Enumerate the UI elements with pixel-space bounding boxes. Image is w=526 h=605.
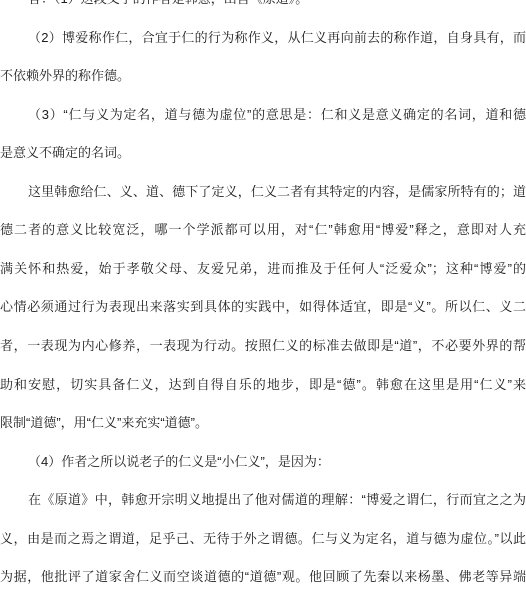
text-line: （3）“仁与义为定名，道与德为虚位”的意思是：仁和义是意义确定的名词，道和德 bbox=[0, 108, 526, 123]
document-page: 答：（1）这段文字的作者是韩愈，出自《原道》。 （2）博爱称作仁，合宜于仁的行为… bbox=[0, 0, 526, 605]
text-line: 答：（1）这段文字的作者是韩愈，出自《原道》。 bbox=[0, 0, 526, 7]
text-line: 者，一表现为内心修养，一表现为行动。按照仁义的标准去做即是“道”，不必要外界的帮 bbox=[0, 339, 526, 354]
text-line: 义，由是而之焉之谓道，足乎己、无待于外之谓德。仁与义为定名，道与德为虚位。”以此 bbox=[0, 532, 526, 547]
text-line: 心情必须通过行为表现出来落实到具体的实践中，如得体适宜，即是“义”。所以仁、义二 bbox=[0, 300, 526, 315]
text-line: 在《原道》中，韩愈开宗明义地提出了他对儒道的理解：“博爱之谓仁，行而宜之之为 bbox=[0, 493, 526, 508]
text-line: 限制“道德”，用“仁义”来充实“道德”。 bbox=[0, 416, 526, 431]
text-line: （4）作者之所以说老子的仁义是“小仁义”，是因为： bbox=[0, 455, 526, 470]
text-line: 助和安慰，切实具备仁义，达到自得自乐的地步，即是“德”。韩愈在这里是用“仁义”来 bbox=[0, 378, 526, 393]
text-line: 这里韩愈给仁、义、道、德下了定义，仁义二者有其特定的内容，是儒家所特有的；道 bbox=[0, 185, 526, 200]
text-line: 不依赖外界的称作德。 bbox=[0, 69, 526, 84]
text-line: 为据，他批评了道家舍仁义而空谈道德的“道德”观。他回顾了先秦以来杨墨、佛老等异端 bbox=[0, 570, 526, 585]
text-line: 德二者的意义比较宽泛，哪一个学派都可以用，对“仁”韩愈用“博爱”释之，意即对人充 bbox=[0, 223, 526, 238]
text-line: 满关怀和热爱，始于孝敬父母、友爱兄弟，进而推及于任何人“泛爱众”；这种“博爱”的 bbox=[0, 262, 526, 277]
text-line: 是意义不确定的名词。 bbox=[0, 146, 526, 161]
text-line: （2）博爱称作仁，合宜于仁的行为称作义，从仁义再向前去的称作道，自身具有，而 bbox=[0, 31, 526, 46]
